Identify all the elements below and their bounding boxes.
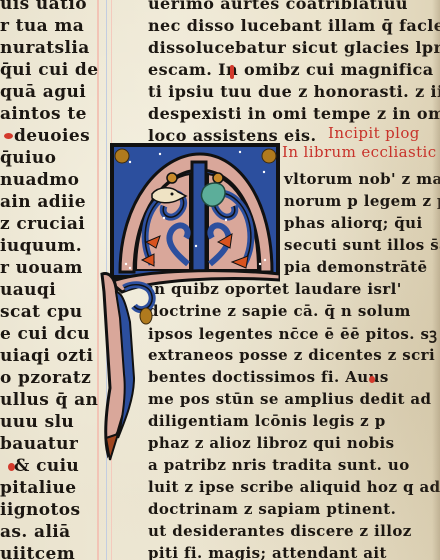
text-line: luit z ipse scribe aliquid hoz q ad [148, 478, 440, 496]
rubric-incipit: Incipit plog [328, 124, 420, 142]
text-line: pitaliue [0, 478, 77, 498]
text-line: uuu slu [0, 412, 74, 432]
text-line: dissolucebatur sicut glacies lpri [148, 38, 440, 57]
text-line: nuadmo [0, 170, 79, 190]
text-line: uiitcem [0, 544, 75, 560]
rubric-title: In librum eccliastic [282, 143, 437, 161]
red-paragraph-mark [230, 65, 234, 79]
text-line: nec disso lucebant illam q̄ facle [148, 16, 440, 35]
text-line: q̄ui cui de [0, 60, 98, 80]
text-line: doctrinam z sapiam ptinent. [148, 500, 396, 518]
text-line: ain adiie [0, 192, 86, 212]
ruling-line-red [97, 0, 99, 560]
page-edge-shadow [432, 0, 440, 560]
red-paragraph-mark [4, 133, 13, 139]
text-line: nuratslia [0, 38, 90, 58]
text-line: escam. In omibz cui magnifica [148, 60, 433, 79]
red-paragraph-mark [369, 376, 375, 383]
text-line: pia demonstrātē [284, 258, 427, 276]
text-line: aintos te [0, 104, 87, 124]
left-column: uis uatio r tua ma nuratslia q̄ui cui de… [0, 0, 96, 560]
text-line: piti fi. magis; attendant ait [148, 544, 387, 560]
text-line: despexisti in omi tempe z in om [148, 104, 440, 123]
text-line: secuti sunt illos s̄a [284, 236, 440, 254]
text-line: as. aliā [0, 522, 71, 542]
text-line: iignotos [0, 500, 80, 520]
text-line: deuoies [14, 126, 90, 146]
text-line: r uouam [0, 258, 83, 278]
text-line: uauqi [0, 280, 56, 300]
text-line: ti ipsiu tuu due z honorasti. z ii [148, 82, 440, 101]
text-line: norum p legem z p [284, 192, 440, 210]
text-line: quā agui [0, 82, 86, 102]
text-line: iuquum. [0, 236, 82, 256]
text-line: q̄uiuo [0, 148, 56, 168]
text-line: r tua ma [0, 16, 84, 36]
text-line: o pzoratz [0, 368, 91, 388]
text-line: scat cpu [0, 302, 83, 322]
text-line: uis uatio [0, 0, 87, 14]
text-line: & cuiu [14, 456, 79, 476]
text-line: uiaqi ozti [0, 346, 93, 366]
text-line: vltorum nob' z mag [284, 170, 440, 188]
illuminated-initial-m [100, 142, 280, 462]
text-line: bauatur [0, 434, 78, 454]
text-line: uerimo aurtes coatriblatiuu [148, 0, 408, 13]
text-line: ut desiderantes discere z illoz [148, 522, 412, 540]
text-line: z cruciai [0, 214, 85, 234]
manuscript-page: uis uatio r tua ma nuratslia q̄ui cui de… [0, 0, 440, 560]
text-line: ullus q̄ an [0, 390, 98, 410]
text-line: e cui dcu [0, 324, 90, 344]
text-line: phas aliorq; q̄ui [284, 214, 423, 232]
